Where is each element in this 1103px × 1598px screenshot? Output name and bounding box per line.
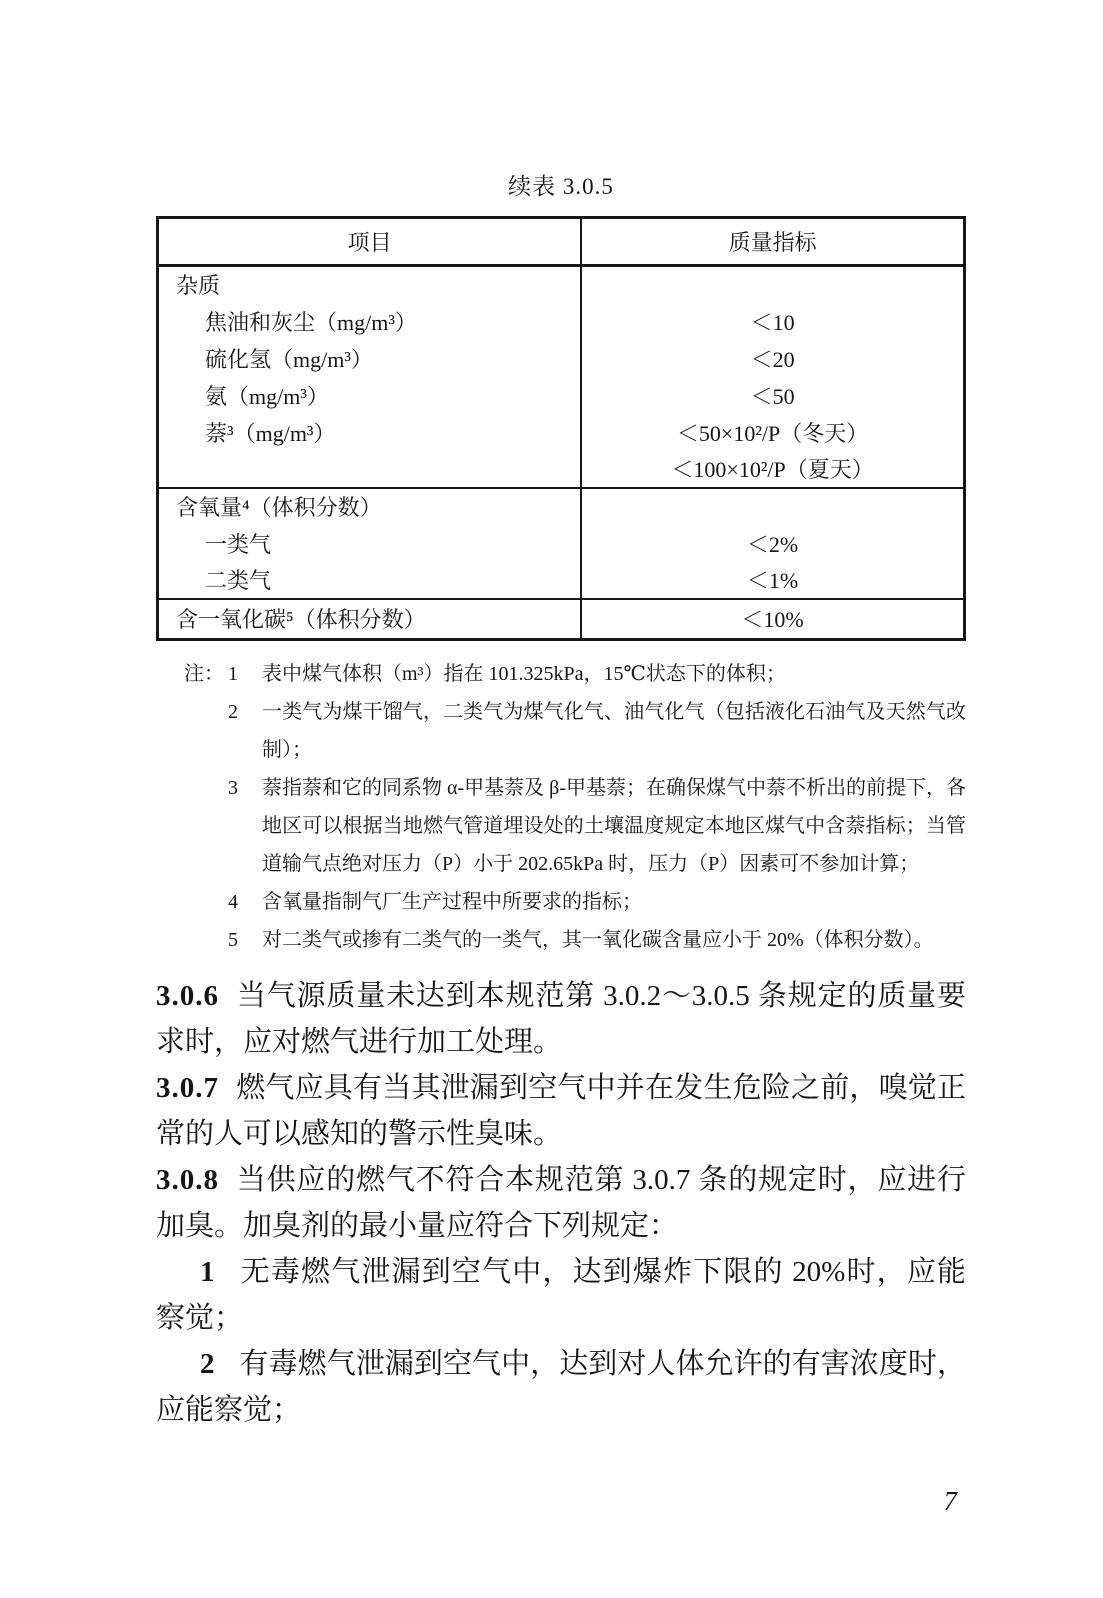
value-cell: ＜50×10²/P（冬天） [581, 414, 964, 451]
value-cell: ＜1% [581, 562, 964, 599]
value-cell: ＜10% [581, 599, 964, 640]
table-title: 续表 3.0.5 [156, 168, 966, 201]
table-row: 一类气＜2% [158, 525, 965, 562]
note-item: 2一类气为煤干馏气，二类气为煤气化气、油气化气（包括液化石油气及天然气改制）； [156, 693, 966, 769]
clause-paragraph: 3.0.7燃气应具有当其泄漏到空气中并在发生危险之前，嗅觉正常的人可以感知的警示… [156, 1065, 966, 1157]
value-cell: ＜50 [581, 377, 964, 414]
document-page: 续表 3.0.5 项目 质量指标 杂质焦油和灰尘（mg/m³）＜10硫化氢（mg… [0, 0, 1103, 1598]
clause-text: 当供应的燃气不符合本规范第 3.0.7 条的规定时，应进行加臭。加臭剂的最小量应… [156, 1164, 966, 1242]
column-header-item: 项目 [158, 218, 582, 266]
note-text: 对二类气或掺有二类气的一类气，其一氧化碳含量应小于 20%（体积分数）。 [262, 929, 934, 951]
clause-number: 3.0.7 [156, 1072, 219, 1104]
item-cell: 萘³（mg/m³） [158, 414, 582, 451]
note-text: 含氧量指制气厂生产过程中所要求的指标； [262, 891, 642, 913]
note-item: 4含氧量指制气厂生产过程中所要求的指标； [156, 883, 966, 921]
page-number: 7 [944, 1486, 958, 1517]
value-cell [581, 266, 964, 303]
column-header-value: 质量指标 [581, 218, 964, 266]
clause-number: 3.0.8 [156, 1164, 219, 1196]
item-cell: 含氧量⁴（体积分数） [158, 488, 582, 525]
clause-text: 无毒燃气泄漏到空气中，达到爆炸下限的 20%时，应能察觉； [156, 1256, 966, 1334]
table-row: 杂质 [158, 266, 965, 303]
value-cell: ＜100×10²/P（夏天） [581, 451, 964, 488]
page-content: 续表 3.0.5 项目 质量指标 杂质焦油和灰尘（mg/m³）＜10硫化氢（mg… [156, 168, 966, 1433]
note-item: 3萘指萘和它的同系物 α-甲基萘及 β-甲基萘；在确保煤气中萘不析出的前提下，各… [156, 769, 966, 883]
note-text: 一类气为煤干馏气，二类气为煤气化气、油气化气（包括液化石油气及天然气改制）； [262, 701, 966, 761]
table-row: 含一氧化碳⁵（体积分数）＜10% [158, 599, 965, 640]
table-row: 氨（mg/m³）＜50 [158, 377, 965, 414]
table-row: 焦油和灰尘（mg/m³）＜10 [158, 303, 965, 340]
note-item: 5对二类气或掺有二类气的一类气，其一氧化碳含量应小于 20%（体积分数）。 [156, 921, 966, 959]
clause-text: 有毒燃气泄漏到空气中，达到对人体允许的有害浓度时，应能察觉； [156, 1348, 966, 1426]
table-header-row: 项目 质量指标 [158, 218, 965, 266]
item-cell: 二类气 [158, 562, 582, 599]
clause-paragraph: 3.0.8当供应的燃气不符合本规范第 3.0.7 条的规定时，应进行加臭。加臭剂… [156, 1157, 966, 1249]
notes-block: 注：1表中煤气体积（m³）指在 101.325kPa，15℃状态下的体积；2一类… [156, 655, 966, 959]
table-row: 含氧量⁴（体积分数） [158, 488, 965, 525]
item-cell: 氨（mg/m³） [158, 377, 582, 414]
note-number: 4 [228, 883, 238, 921]
item-cell: 一类气 [158, 525, 582, 562]
clause-subitem: 1无毒燃气泄漏到空气中，达到爆炸下限的 20%时，应能察觉； [156, 1249, 966, 1341]
item-cell: 焦油和灰尘（mg/m³） [158, 303, 582, 340]
clause-subitem: 2有毒燃气泄漏到空气中，达到对人体允许的有害浓度时，应能察觉； [156, 1341, 966, 1433]
item-cell [158, 451, 582, 488]
item-cell: 硫化氢（mg/m³） [158, 340, 582, 377]
clause-text: 燃气应具有当其泄漏到空气中并在发生危险之前，嗅觉正常的人可以感知的警示性臭味。 [156, 1072, 966, 1150]
clause-number: 3.0.6 [156, 980, 219, 1012]
clause-number: 2 [200, 1348, 216, 1380]
clauses-block: 3.0.6当气源质量未达到本规范第 3.0.2～3.0.5 条规定的质量要求时，… [156, 973, 966, 1433]
note-number: 5 [228, 921, 238, 959]
item-cell: 含一氧化碳⁵（体积分数） [158, 599, 582, 640]
note-number: 3 [228, 769, 238, 807]
table-row: ＜100×10²/P（夏天） [158, 451, 965, 488]
note-number: 1 [228, 655, 238, 693]
table-row: 二类气＜1% [158, 562, 965, 599]
quality-table: 项目 质量指标 杂质焦油和灰尘（mg/m³）＜10硫化氢（mg/m³）＜20氨（… [156, 216, 966, 641]
notes-label: 注： [184, 655, 224, 693]
note-text: 萘指萘和它的同系物 α-甲基萘及 β-甲基萘；在确保煤气中萘不析出的前提下，各地… [262, 777, 966, 875]
table-row: 硫化氢（mg/m³）＜20 [158, 340, 965, 377]
note-text: 表中煤气体积（m³）指在 101.325kPa，15℃状态下的体积； [262, 663, 786, 685]
item-cell: 杂质 [158, 266, 582, 303]
value-cell [581, 488, 964, 525]
clause-text: 当气源质量未达到本规范第 3.0.2～3.0.5 条规定的质量要求时，应对燃气进… [156, 980, 966, 1058]
note-item: 注：1表中煤气体积（m³）指在 101.325kPa，15℃状态下的体积； [156, 655, 966, 693]
clause-paragraph: 3.0.6当气源质量未达到本规范第 3.0.2～3.0.5 条规定的质量要求时，… [156, 973, 966, 1065]
value-cell: ＜20 [581, 340, 964, 377]
note-number: 2 [228, 693, 238, 731]
clause-number: 1 [200, 1256, 216, 1288]
value-cell: ＜10 [581, 303, 964, 340]
value-cell: ＜2% [581, 525, 964, 562]
table-row: 萘³（mg/m³）＜50×10²/P（冬天） [158, 414, 965, 451]
